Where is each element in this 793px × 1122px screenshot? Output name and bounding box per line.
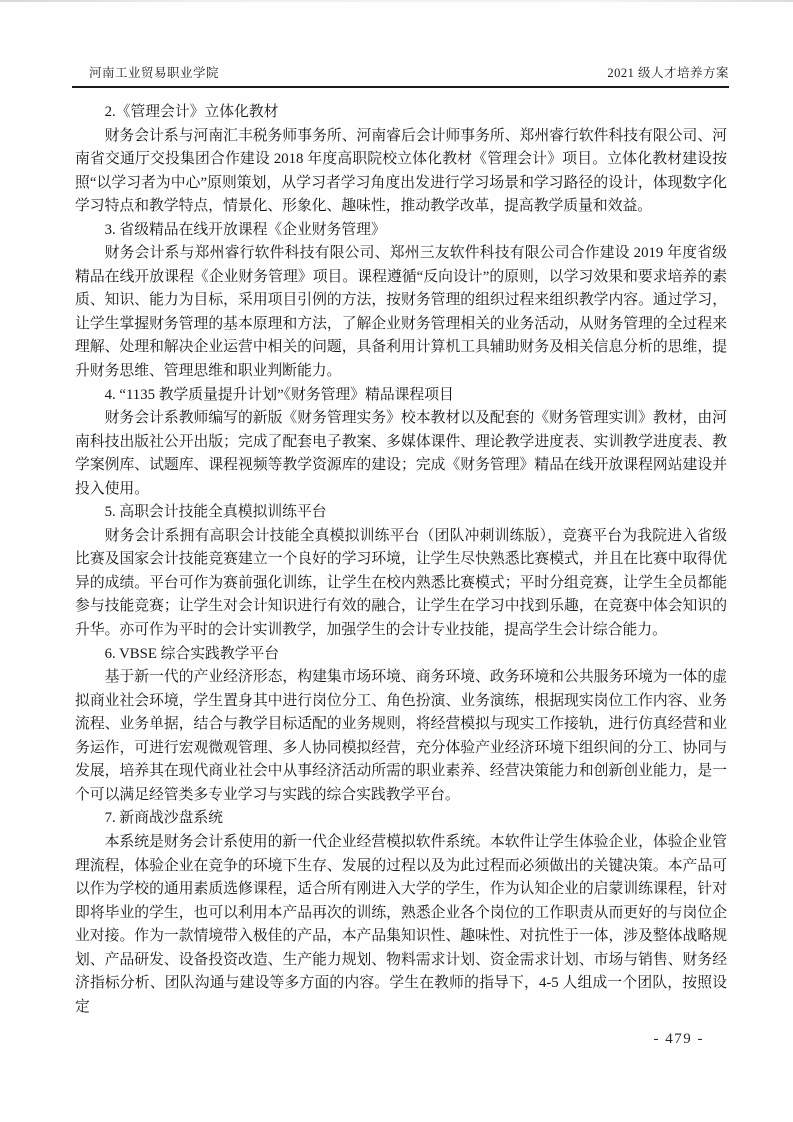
section-heading: 7. 新商战沙盘系统	[75, 807, 727, 831]
section-heading: 3. 省级精品在线开放课程《企业财务管理》	[75, 219, 727, 243]
page-header: 河南工业贸易职业学院 2021 级人才培养方案	[72, 63, 729, 88]
school-name: 河南工业贸易职业学院	[72, 63, 219, 81]
section-paragraph: 基于新一代的产业经济形态，构建集市场环境、商务环境、政务环境和公共服务环境为一体…	[75, 666, 727, 807]
section-heading: 5. 高职会计技能全真模拟训练平台	[75, 501, 727, 525]
section-paragraph: 本系统是财务会计系使用的新一代企业经营模拟软件系统。本软件让学生体验企业，体验企…	[75, 831, 727, 1019]
section-heading: 6. VBSE 综合实践教学平台	[75, 643, 727, 667]
scan-edge-artifact	[0, 0, 793, 2]
section-heading: 4. “1135 教学质量提升计划”《财务管理》精品课程项目	[75, 384, 727, 408]
section-paragraph: 财务会计系拥有高职会计技能全真模拟训练平台（团队冲刺训练版），竞赛平台为我院进入…	[75, 525, 727, 643]
document-body: 2.《管理会计》立体化教材财务会计系与河南汇丰税务师事务所、河南睿后会计师事务所…	[75, 101, 727, 1019]
section-paragraph: 财务会计系与河南汇丰税务师事务所、河南睿后会计师事务所、郑州睿行软件科技有限公司…	[75, 125, 727, 219]
page-number: - 479 -	[654, 1031, 705, 1048]
section-paragraph: 财务会计系与郑州睿行软件科技有限公司、郑州三友软件科技有限公司合作建设 2019…	[75, 242, 727, 383]
section-paragraph: 财务会计系教师编写的新版《财务管理实务》校本教材以及配套的《财务管理实训》教材，…	[75, 407, 727, 501]
scanned-document-page: 河南工业贸易职业学院 2021 级人才培养方案 2.《管理会计》立体化教材财务会…	[0, 0, 793, 1122]
section-heading: 2.《管理会计》立体化教材	[75, 101, 727, 125]
plan-title: 2021 级人才培养方案	[607, 63, 729, 81]
